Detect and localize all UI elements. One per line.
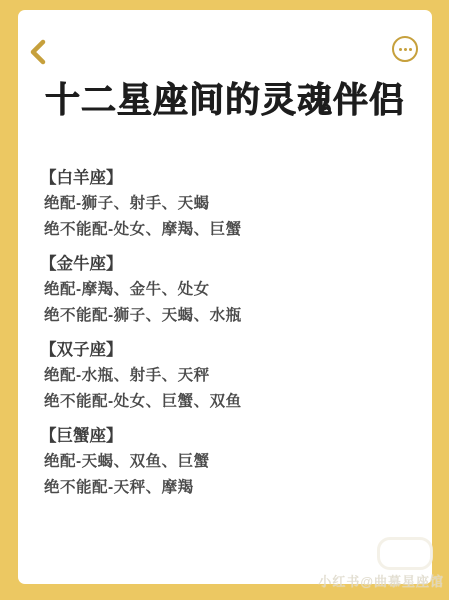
zodiac-section-aries: 【白羊座】 绝配-狮子、射手、天蝎 绝不能配-处女、摩羯、巨蟹 xyxy=(44,165,412,243)
app-screen: 十二星座间的灵魂伴侣 【白羊座】 绝配-狮子、射手、天蝎 绝不能配-处女、摩羯、… xyxy=(0,0,449,600)
zodiac-section-taurus: 【金牛座】 绝配-摩羯、金牛、处女 绝不能配-狮子、天蝎、水瓶 xyxy=(44,251,412,329)
best-match-line: 绝配-天蝎、双鱼、巨蟹 xyxy=(44,449,412,475)
zodiac-name: 【金牛座】 xyxy=(40,251,412,277)
best-match-line: 绝配-摩羯、金牛、处女 xyxy=(44,277,412,303)
post-card: 十二星座间的灵魂伴侣 【白羊座】 绝配-狮子、射手、天蝎 绝不能配-处女、摩羯、… xyxy=(18,10,432,584)
zodiac-name: 【白羊座】 xyxy=(40,165,412,191)
worst-match-line: 绝不能配-处女、巨蟹、双鱼 xyxy=(44,389,412,415)
best-match-line: 绝配-狮子、射手、天蝎 xyxy=(44,191,412,217)
watermark: 小红书@曲慕星座馆 xyxy=(318,571,444,590)
back-button[interactable] xyxy=(20,34,56,70)
chevron-left-icon xyxy=(27,39,49,65)
zodiac-section-gemini: 【双子座】 绝配-水瓶、射手、天秤 绝不能配-处女、巨蟹、双鱼 xyxy=(44,337,412,415)
worst-match-line: 绝不能配-处女、摩羯、巨蟹 xyxy=(44,217,412,243)
best-match-line: 绝配-水瓶、射手、天秤 xyxy=(44,363,412,389)
page-title: 十二星座间的灵魂伴侣 xyxy=(36,78,414,124)
zodiac-section-cancer: 【巨蟹座】 绝配-天蝎、双鱼、巨蟹 绝不能配-天秤、摩羯 xyxy=(44,423,412,501)
zodiac-list: 【白羊座】 绝配-狮子、射手、天蝎 绝不能配-处女、摩羯、巨蟹 【金牛座】 绝配… xyxy=(44,165,412,509)
ellipsis-icon xyxy=(399,48,412,51)
worst-match-line: 绝不能配-天秤、摩羯 xyxy=(44,475,412,501)
zodiac-name: 【巨蟹座】 xyxy=(40,423,412,449)
faint-logo-stamp xyxy=(377,537,433,570)
worst-match-line: 绝不能配-狮子、天蝎、水瓶 xyxy=(44,303,412,329)
zodiac-name: 【双子座】 xyxy=(40,337,412,363)
more-button[interactable] xyxy=(392,36,418,62)
